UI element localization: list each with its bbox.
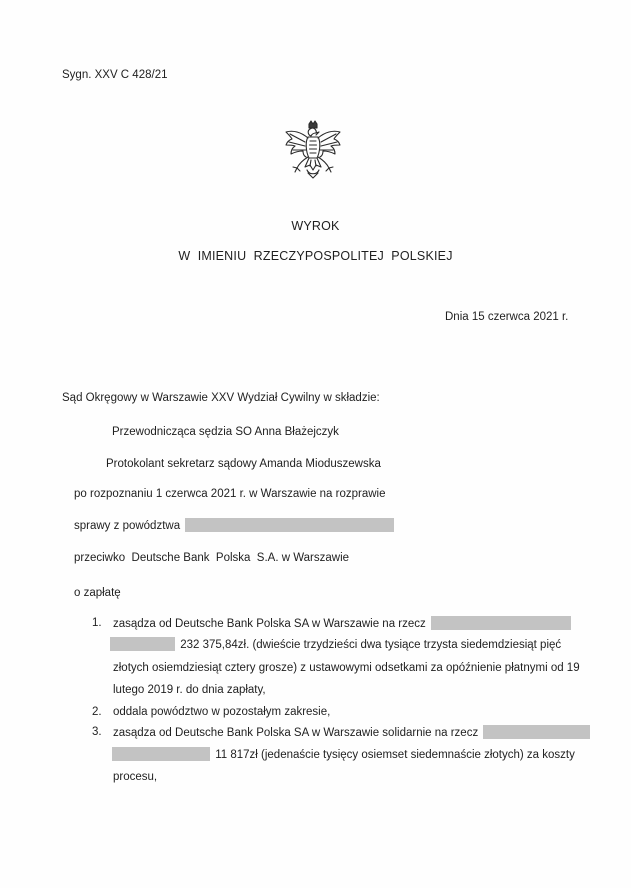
case-plaintiff-line: sprawy z powództwa (74, 518, 394, 533)
hearing-info: po rozpoznaniu 1 czerwca 2021 r. w Warsz… (74, 487, 386, 501)
polish-eagle-emblem-icon (281, 120, 345, 182)
judgment-subtitle: W IMIENIU RZECZYPOSPOLITEJ POLSKIEJ (0, 249, 631, 263)
judgment-title: WYROK (0, 219, 631, 233)
claim-subject: o zapłatę (74, 586, 121, 600)
court-clerk: Protokolant sekretarz sądowy Amanda Miod… (106, 457, 381, 471)
case-signature: Sygn. XXV C 428/21 (62, 68, 167, 82)
ruling-2-text: oddala powództwo w pozostałym zakresie, (113, 705, 330, 719)
ruling-1-line4: lutego 2019 r. do dnia zapłaty, (113, 683, 266, 697)
ruling-1-line3: złotych osiemdziesiąt cztery grosze) z u… (113, 661, 580, 675)
redacted-party-1a (431, 616, 571, 630)
ruling-1-text: zasądza od Deutsche Bank Polska SA w War… (113, 618, 426, 630)
ruling-1-line1: zasądza od Deutsche Bank Polska SA w War… (113, 616, 571, 631)
judgment-date: Dnia 15 czerwca 2021 r. (445, 310, 568, 324)
ruling-3-line3: procesu, (113, 770, 157, 784)
ruling-1-number: 1. (92, 616, 102, 630)
defendant-line: przeciwko Deutsche Bank Polska S.A. w Wa… (74, 551, 349, 565)
ruling-3-costs: 11 817zł (jedenaście tysięcy osiemset si… (215, 749, 575, 761)
document-page: Sygn. XXV C 428/21 (0, 0, 631, 888)
ruling-2-number: 2. (92, 705, 102, 719)
redacted-plaintiff (185, 518, 394, 532)
redacted-party-3a (483, 725, 590, 739)
case-from-label: sprawy z powództwa (74, 520, 180, 532)
ruling-1-line2: 232 375,84zł. (dwieście trzydzieści dwa … (110, 637, 561, 652)
redacted-party-1b (110, 637, 175, 651)
ruling-1-amount: 232 375,84zł. (dwieście trzydzieści dwa … (180, 639, 561, 651)
ruling-3-number: 3. (92, 725, 102, 739)
ruling-3-line2: 11 817zł (jedenaście tysięcy osiemset si… (112, 747, 575, 762)
ruling-3-text: zasądza od Deutsche Bank Polska SA w War… (113, 727, 478, 739)
court-composition: Sąd Okręgowy w Warszawie XXV Wydział Cyw… (62, 391, 380, 405)
redacted-party-3b (112, 747, 210, 761)
presiding-judge: Przewodnicząca sędzia SO Anna Błażejczyk (112, 425, 339, 439)
ruling-3-line1: zasądza od Deutsche Bank Polska SA w War… (113, 725, 590, 740)
